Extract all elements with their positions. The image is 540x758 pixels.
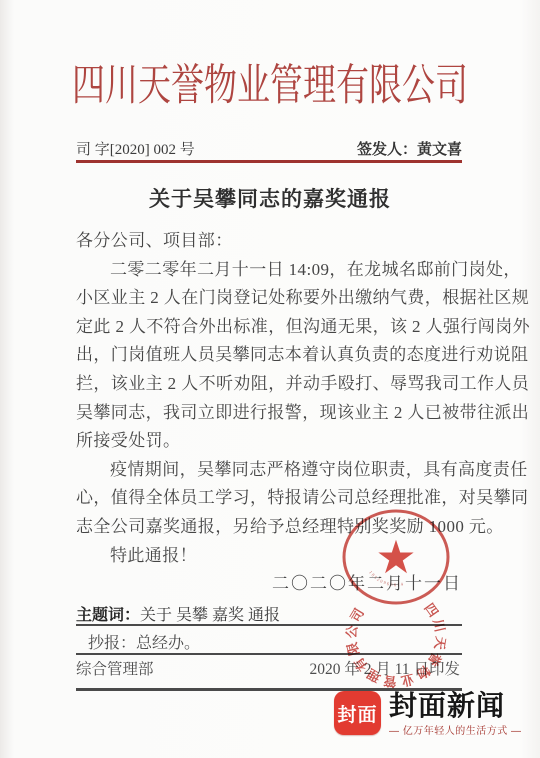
cover-news-name: 封面新闻: [389, 691, 522, 721]
company-seal: 四川天誉物业管理有限公司 18520965614 ★: [340, 507, 452, 607]
doc-title: 关于吴攀同志的嘉奖通报: [0, 186, 540, 212]
copy-to-row: 抄报：总经办。: [88, 634, 462, 654]
seal-star-icon: ★: [375, 530, 416, 584]
footer-divider-middle: [76, 653, 462, 655]
cover-news-wordmark: 封面新闻 — 亿万年轻人的生活方式 —: [389, 691, 522, 737]
doc-number: 司 字[2020] 002 号: [76, 140, 195, 160]
issuing-department: 综合管理部: [76, 660, 154, 680]
para1-line: 二零二零年二月十一日 14:09，在龙城名邸前门岗处，: [76, 256, 462, 285]
salutation: 各分公司、项目部：: [76, 227, 462, 256]
cover-news-badge-icon: 封面: [334, 691, 381, 735]
para2-line: 疫情期间，吴攀同志严格遵守岗位职责，具有高度责任: [76, 456, 462, 485]
para1-line: 吴攀同志，我司立即进行报警，现该业主 2 人已被带往派出: [76, 399, 462, 428]
para1-line: 所接受处罚。: [76, 427, 462, 456]
para1-line: 拦，该业主 2 人不听劝阻，并动手殴打、辱骂我司工作人员: [76, 370, 462, 399]
document-page: 四川天誉物业管理有限公司 司 字[2020] 002 号 签发人：黄文喜 关于吴…: [0, 0, 540, 758]
doc-meta-row: 司 字[2020] 002 号 签发人：黄文喜: [76, 140, 462, 160]
cover-news-logo: 封面 封面新闻 — 亿万年轻人的生活方式 —: [334, 691, 522, 737]
footer-divider-top: [76, 624, 462, 626]
subject-row: 主题词：关于 吴攀 嘉奖 通报: [76, 606, 462, 626]
issuer-name: 签发人：黄文喜: [357, 140, 462, 160]
para1-line: 出，门岗值班人员吴攀同志本着认真负责的态度进行劝说阻: [76, 341, 462, 370]
para1-line: 小区业主 2 人在门岗登记处称要外出缴纳气费，根据社区规: [76, 284, 462, 313]
cover-news-tagline: — 亿万年轻人的生活方式 —: [389, 722, 522, 737]
subject-value: 关于 吴攀 嘉奖 通报: [140, 607, 280, 624]
para1-line: 定此 2 人不符合外出标准，但沟通无果，该 2 人强行闯岗外: [76, 313, 462, 342]
letterhead-divider: [76, 160, 462, 163]
subject-label: 主题词：: [76, 607, 140, 624]
company-letterhead: 四川天誉物业管理有限公司: [0, 65, 540, 110]
